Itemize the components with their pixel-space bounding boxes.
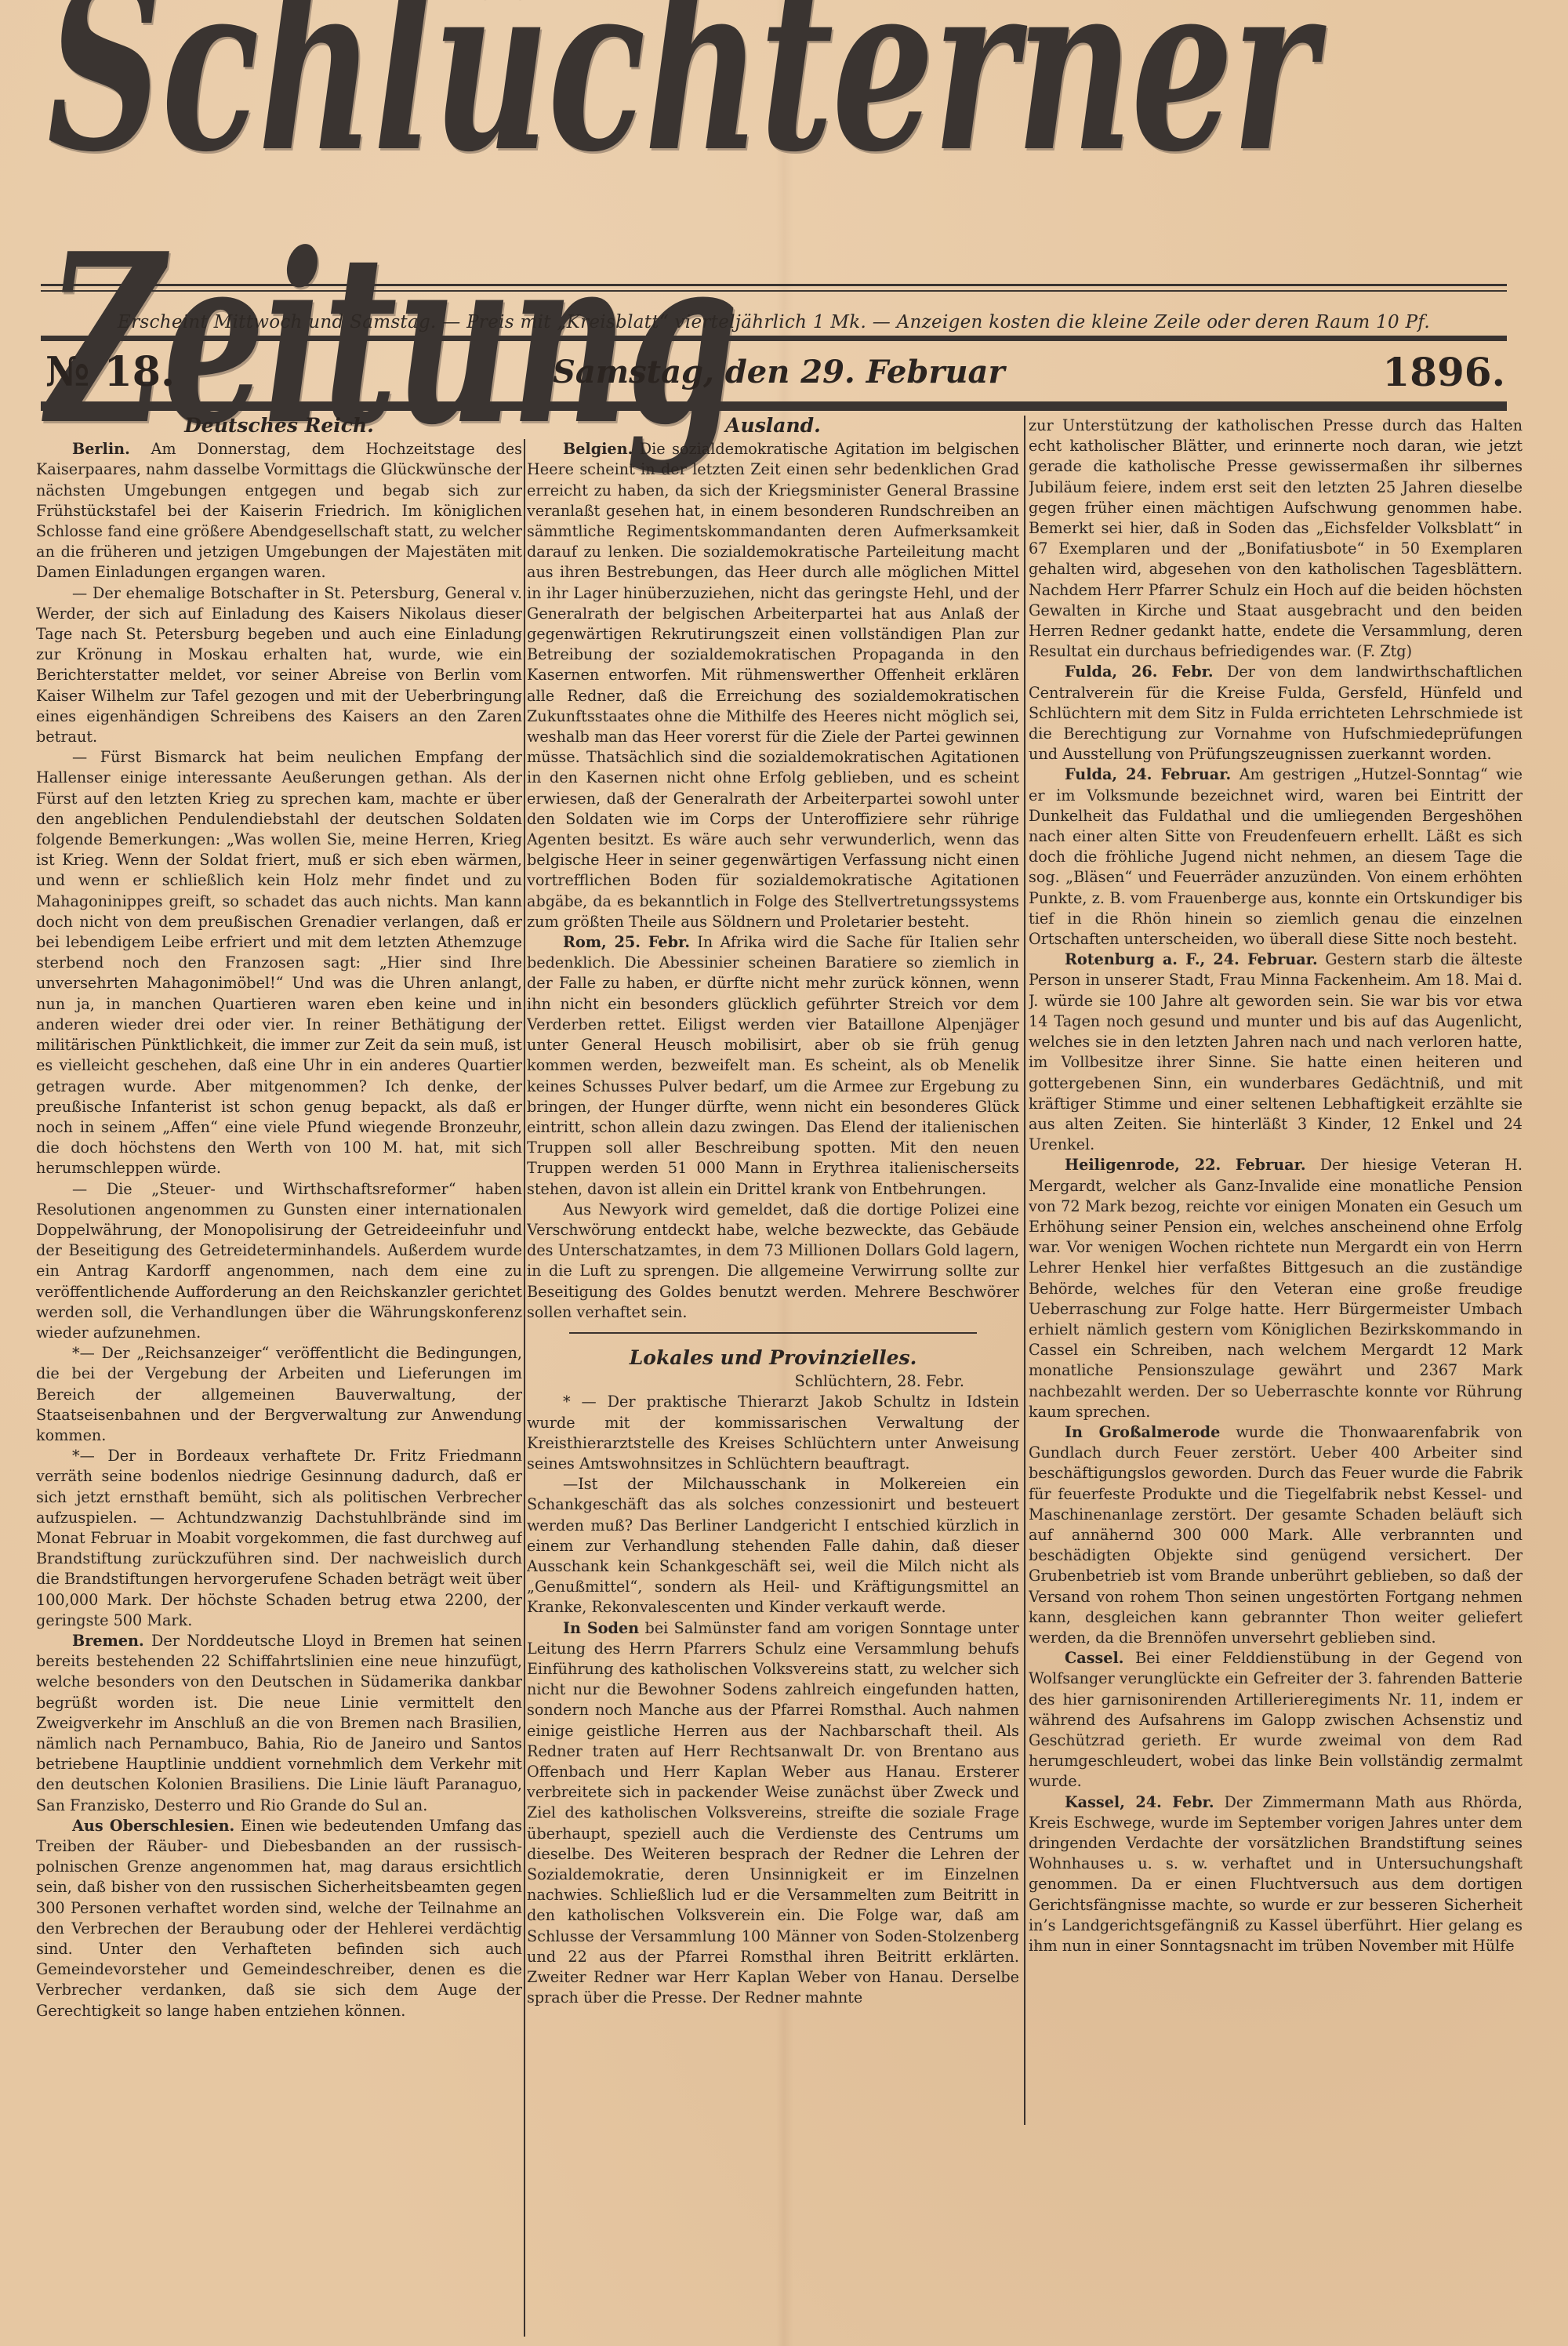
article-dateline: Berlin. bbox=[72, 440, 130, 458]
article-paragraph: * — Der praktische Thierarzt Jakob Schul… bbox=[527, 1392, 1019, 1474]
article-dateline: Heiligenrode, 22. Februar. bbox=[1065, 1156, 1306, 1174]
article-paragraph: Cassel. Bei einer Felddienstübung in der… bbox=[1029, 1648, 1523, 1792]
masthead-rule-bottom bbox=[41, 290, 1507, 292]
article-paragraph: Rotenburg a. F., 24. Februar. Gestern st… bbox=[1029, 950, 1523, 1155]
article-list: * — Der praktische Thierarzt Jakob Schul… bbox=[527, 1392, 1019, 2008]
datebar-rule-top bbox=[41, 336, 1507, 341]
section-heading: Ausland. bbox=[527, 416, 1019, 436]
article-dateline: Kassel, 24. Febr. bbox=[1065, 1793, 1214, 1811]
article-paragraph: Berlin. Am Donnerstag, dem Hochzeitstage… bbox=[36, 439, 522, 583]
article-paragraph: Aus Oberschlesien. Einen wie bedeutenden… bbox=[36, 1816, 522, 2021]
article-text: wurde die Thonwaarenfabrik von Gundlach … bbox=[1029, 1423, 1523, 1647]
publication-info: Erscheint Mittwoch und Samstag. — Preis … bbox=[41, 312, 1507, 332]
column-deutsches-reich: Deutsches Reich. Berlin. Am Donnerstag, … bbox=[36, 416, 522, 2315]
article-text: — Die „Steuer- und Wirthschaftsreformer“… bbox=[36, 1180, 522, 1342]
article-paragraph: — Fürst Bismarck hat beim neulichen Empf… bbox=[36, 747, 522, 1178]
article-text: Der Zimmermann Math aus Rhörda, Kreis Es… bbox=[1029, 1793, 1523, 1955]
article-dateline: Cassel. bbox=[1065, 1649, 1124, 1667]
article-text: — Der ehemalige Botschafter in St. Peter… bbox=[36, 584, 522, 746]
article-paragraph: In Großalmerode wurde die Thonwaarenfabr… bbox=[1029, 1422, 1523, 1648]
article-text: * — Der praktische Thierarzt Jakob Schul… bbox=[527, 1393, 1019, 1473]
article-text: Der Norddeutsche Lloyd in Bremen hat sei… bbox=[36, 1632, 522, 1814]
article-text: Die sozialdemokratische Agitation im bel… bbox=[527, 440, 1019, 931]
article-dateline: Belgien. bbox=[563, 440, 633, 458]
article-paragraph: — Die „Steuer- und Wirthschaftsreformer“… bbox=[36, 1179, 522, 1344]
issue-date: Samstag, den 29. Februar bbox=[553, 354, 1005, 390]
article-paragraph: —Ist der Milchausschank in Molkereien ei… bbox=[527, 1474, 1019, 1618]
article-text: Bei einer Felddienstübung in der Gegend … bbox=[1029, 1649, 1523, 1790]
article-text: *— Der „Reichsanzeiger“ veröffentlicht d… bbox=[36, 1344, 522, 1444]
datebar-rule-bottom bbox=[41, 401, 1507, 411]
column-ausland: Ausland. Belgien. Die sozialdemokratisch… bbox=[527, 416, 1019, 2315]
article-dateline: Rotenburg a. F., 24. Februar. bbox=[1065, 950, 1318, 968]
article-dateline: Rom, 25. Febr. bbox=[563, 933, 690, 951]
article-dateline: Fulda, 26. Febr. bbox=[1065, 663, 1214, 681]
article-paragraph: Heiligenrode, 22. Februar. Der hiesige V… bbox=[1029, 1155, 1523, 1422]
article-paragraph: Bremen. Der Norddeutsche Lloyd in Bremen… bbox=[36, 1631, 522, 1816]
article-paragraph: zur Unterstützung der katholischen Press… bbox=[1029, 416, 1523, 662]
column-continued: zur Unterstützung der katholischen Press… bbox=[1029, 416, 1523, 2315]
article-text: Gestern starb die älteste Person in unse… bbox=[1029, 950, 1523, 1153]
article-text: bei Salmünster fand am vorigen Sonntage … bbox=[527, 1619, 1019, 2007]
article-list: Belgien. Die sozialdemokratische Agitati… bbox=[527, 439, 1019, 1323]
article-text: — Fürst Bismarck hat beim neulichen Empf… bbox=[36, 748, 522, 1177]
article-paragraph: *— Der in Bordeaux verhaftete Dr. Fritz … bbox=[36, 1446, 522, 1631]
article-dateline: Bremen. bbox=[72, 1632, 144, 1650]
article-text: Am Donnerstag, dem Hochzeitstage des Kai… bbox=[36, 440, 522, 581]
section-heading: Lokales und Provinzielles. bbox=[527, 1348, 1019, 1368]
article-dateline: Aus Oberschlesien. bbox=[72, 1817, 234, 1835]
column-divider-2 bbox=[1024, 416, 1025, 2125]
article-text: Aus Newyork wird gemeldet, daß die dorti… bbox=[527, 1200, 1019, 1321]
masthead-rule-top bbox=[41, 284, 1507, 286]
article-list: Berlin. Am Donnerstag, dem Hochzeitstage… bbox=[36, 439, 522, 2021]
article-paragraph: Kassel, 24. Febr. Der Zimmermann Math au… bbox=[1029, 1792, 1523, 1957]
masthead: Schlüchterner Zeitung bbox=[47, 86, 1521, 321]
article-text: *— Der in Bordeaux verhaftete Dr. Fritz … bbox=[36, 1447, 522, 1629]
article-paragraph: Fulda, 24. Februar. Am gestrigen „Hutzel… bbox=[1029, 764, 1523, 950]
issue-number: № 18. bbox=[45, 348, 175, 396]
dateline: Schlüchtern, 28. Febr. bbox=[527, 1371, 1019, 1392]
article-paragraph: Rom, 25. Febr. In Afrika wird die Sache … bbox=[527, 932, 1019, 1200]
issue-bar: № 18. Samstag, den 29. Februar 1896. bbox=[45, 347, 1505, 397]
section-heading: Deutsches Reich. bbox=[36, 416, 522, 436]
article-paragraph: Aus Newyork wird gemeldet, daß die dorti… bbox=[527, 1200, 1019, 1323]
article-paragraph: *— Der „Reichsanzeiger“ veröffentlicht d… bbox=[36, 1343, 522, 1446]
article-dateline: In Soden bbox=[563, 1619, 639, 1637]
article-text: In Afrika wird die Sache für Italien seh… bbox=[527, 933, 1019, 1197]
section-separator bbox=[569, 1332, 977, 1334]
article-paragraph: Fulda, 26. Febr. Der von dem landwirthsc… bbox=[1029, 662, 1523, 764]
article-text: Am gestrigen „Hutzel-Sonntag“ wie er im … bbox=[1029, 765, 1523, 948]
column-divider-1 bbox=[524, 439, 525, 2337]
article-text: Der hiesige Veteran H. Mergardt, welcher… bbox=[1029, 1156, 1523, 1420]
article-text: Einen wie bedeutenden Umfang das Treiben… bbox=[36, 1817, 522, 2020]
article-list: zur Unterstützung der katholischen Press… bbox=[1029, 416, 1523, 1956]
article-paragraph: In Soden bei Salmünster fand am vorigen … bbox=[527, 1618, 1019, 2009]
issue-year: 1896. bbox=[1382, 349, 1505, 395]
article-dateline: Fulda, 24. Februar. bbox=[1065, 765, 1231, 783]
article-dateline: In Großalmerode bbox=[1065, 1423, 1220, 1441]
article-paragraph: — Der ehemalige Botschafter in St. Peter… bbox=[36, 583, 522, 748]
article-text: zur Unterstützung der katholischen Press… bbox=[1029, 416, 1523, 660]
article-paragraph: Belgien. Die sozialdemokratische Agitati… bbox=[527, 439, 1019, 932]
article-text: —Ist der Milchausschank in Molkereien ei… bbox=[527, 1475, 1019, 1616]
